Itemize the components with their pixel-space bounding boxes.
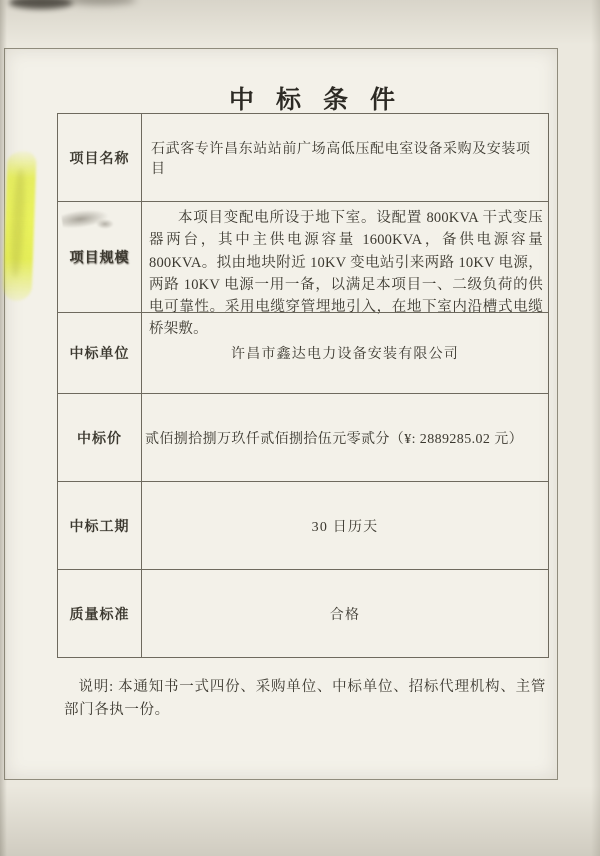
row-value: 贰佰捌拾捌万玖仟贰佰捌拾伍元零贰分（¥: 2889285.02 元）	[142, 394, 548, 481]
row-label: 项目规模	[58, 202, 142, 312]
scan-smudge-mark	[9, 0, 73, 9]
row-label: 中标价	[58, 394, 142, 481]
table-row-construction-period: 中标工期 30 日历天	[58, 481, 548, 569]
row-value: 许昌市鑫达电力设备安装有限公司	[142, 313, 548, 393]
row-value: 30 日历天	[142, 482, 548, 569]
scanned-document-page: 中标条件 项目名称 石武客专许昌东站站前广场高低压配电室设备采购及安装项目 项目…	[0, 0, 600, 856]
row-value: 石武客专许昌东站站前广场高低压配电室设备采购及安装项目	[142, 114, 548, 201]
table-row-quality-standard: 质量标准 合格	[58, 569, 548, 657]
table-row-project-scale: 项目规模 本项目变配电所设于地下室。设配置 800KVA 干式变压器两台，其中主…	[58, 201, 548, 312]
scan-smudge-mark	[66, 0, 136, 5]
row-value: 本项目变配电所设于地下室。设配置 800KVA 干式变压器两台，其中主供电源容量…	[142, 202, 548, 312]
row-label: 项目名称	[58, 114, 142, 201]
table-row-project-name: 项目名称 石武客专许昌东站站前广场高低压配电室设备采购及安装项目	[58, 114, 548, 201]
table-row-winning-bidder: 中标单位 许昌市鑫达电力设备安装有限公司	[58, 312, 548, 393]
document-title: 中标条件	[23, 80, 600, 116]
row-label: 质量标准	[58, 570, 142, 657]
row-label: 中标工期	[58, 482, 142, 569]
footer-note: 说明: 本通知书一式四份、采购单位、中标单位、招标代理机构、主管部门各执一份。	[64, 676, 546, 722]
row-label: 中标单位	[58, 313, 142, 393]
row-value: 合格	[142, 570, 548, 657]
bid-conditions-table: 项目名称 石武客专许昌东站站前广场高低压配电室设备采购及安装项目 项目规模 本项…	[57, 113, 549, 658]
table-row-bid-price: 中标价 贰佰捌拾捌万玖仟贰佰捌拾伍元零贰分（¥: 2889285.02 元）	[58, 393, 548, 481]
